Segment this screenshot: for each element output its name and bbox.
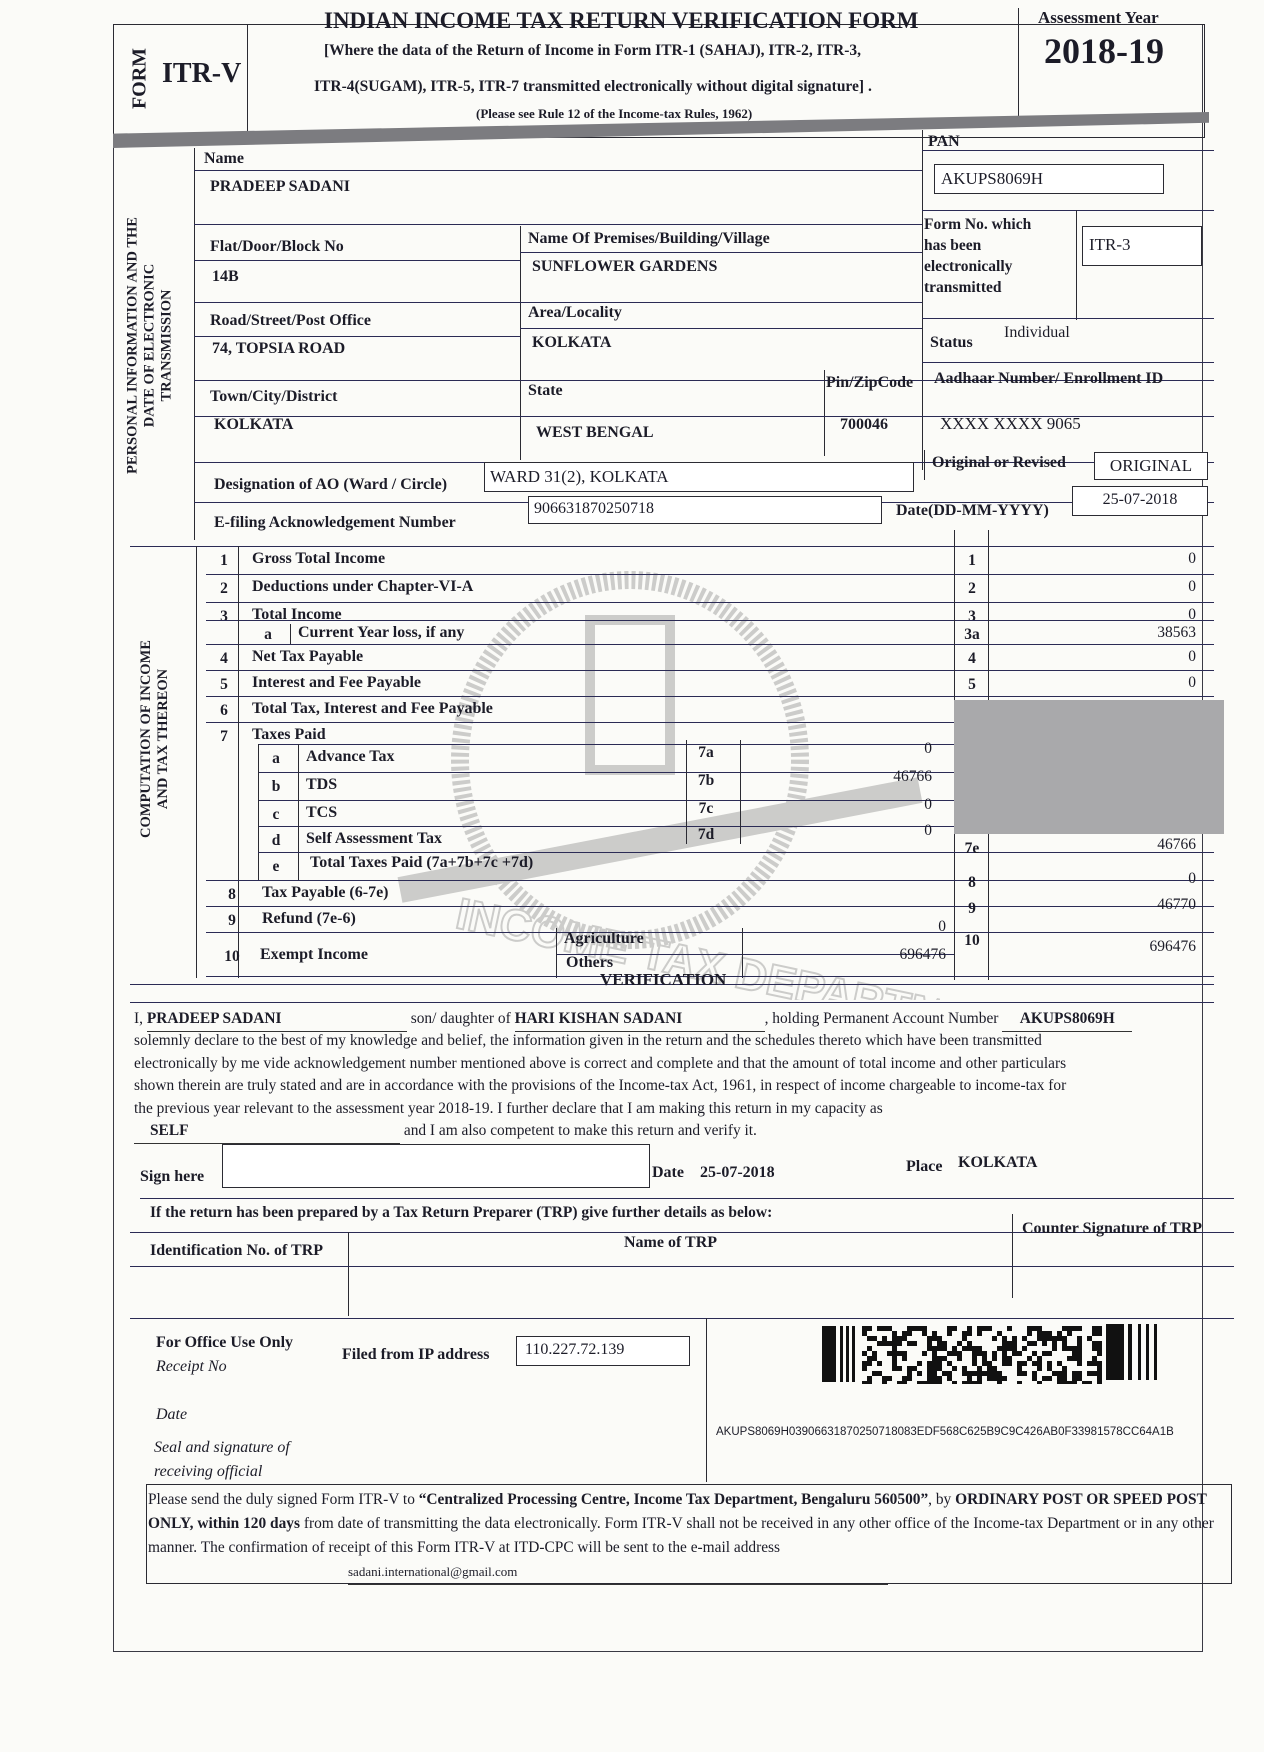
row-divider	[206, 546, 1214, 547]
row-code: 1	[954, 552, 990, 570]
row-label: Exempt Income	[260, 946, 368, 964]
form-title: INDIAN INCOME TAX RETURN VERIFICATION FO…	[324, 8, 918, 34]
ao-field: WARD 31(2), KOLKATA	[484, 462, 914, 492]
verification-text: I, PRADEEP SADANI son/ daughter of HARI …	[134, 1008, 1234, 1144]
area-label: Area/Locality	[528, 304, 622, 322]
row-value: 0	[820, 918, 946, 936]
row-number: 6	[212, 702, 236, 720]
row-number: 3	[212, 608, 236, 626]
row-divider	[206, 932, 1214, 933]
row-number: e	[264, 858, 288, 876]
row-label: Total Tax, Interest and Fee Payable	[252, 700, 493, 718]
computation-section-label: COMPUTATION OF INCOME AND TAX THEREON	[138, 559, 172, 919]
row-code: 3a	[954, 626, 990, 644]
form-no-label: Form No. which has been electronically t…	[924, 214, 1031, 298]
row-code: 7c	[686, 800, 726, 818]
ip-label: Filed from IP address	[342, 1346, 489, 1364]
orig-rev-label: Original or Revised	[932, 454, 1066, 472]
row-divider	[206, 574, 1214, 575]
date-field: 25-07-2018	[1072, 486, 1208, 516]
row-number: b	[264, 778, 288, 796]
date-label: Date(DD-MM-YYYY)	[896, 502, 1049, 520]
row-label: TDS	[306, 776, 337, 794]
state-label: State	[528, 382, 563, 400]
row-label: Agriculture	[564, 930, 644, 948]
verification-pan: AKUPS8069H	[1002, 1008, 1132, 1032]
row-value: 0	[1076, 606, 1196, 624]
personal-section-label: PERSONAL INFORMATION AND THE DATE OF ELE…	[125, 156, 176, 536]
row-value: 0	[1076, 550, 1196, 568]
row-label: Gross Total Income	[252, 550, 385, 568]
barcode-image	[822, 1322, 1168, 1384]
row-number: d	[264, 832, 288, 850]
row-divider	[206, 602, 1214, 603]
row-label: Tax Payable (6-7e)	[262, 884, 389, 902]
row-number: 8	[220, 886, 244, 904]
row-code: 8	[954, 874, 990, 892]
row-value: 696476	[820, 946, 946, 964]
column-divider	[686, 740, 687, 844]
email-value: sadani.international@gmail.com	[348, 1560, 888, 1585]
row-value: 38563	[1076, 624, 1196, 642]
place-value: KOLKATA	[958, 1154, 1037, 1172]
ao-label: Designation of AO (Ward / Circle)	[214, 476, 447, 494]
row-value: 0	[1076, 674, 1196, 692]
row-number: 10	[220, 948, 244, 966]
town-label: Town/City/District	[210, 388, 337, 406]
row-code: 7b	[686, 772, 726, 790]
submission-note: Please send the duly signed Form ITR-V t…	[148, 1488, 1228, 1585]
row-number: 1	[212, 552, 236, 570]
pin-label: Pin/ZipCode	[826, 374, 913, 392]
aadhaar-label: Aadhaar Number/ Enrollment ID	[934, 370, 1163, 388]
row-divider	[206, 644, 1214, 645]
row-divider	[258, 852, 1214, 853]
road-value: 74, TOPSIA ROAD	[212, 340, 345, 358]
row-label: Deductions under Chapter-VI-A	[252, 578, 473, 596]
row-code: 2	[954, 580, 990, 598]
ip-field: 110.227.72.139	[516, 1336, 690, 1366]
row-label: Total Income	[252, 606, 342, 624]
row-number: 5	[212, 676, 236, 694]
form-subtitle-2: ITR-4(SUGAM), ITR-5, ITR-7 transmitted e…	[314, 78, 872, 96]
pan-field: AKUPS8069H	[934, 164, 1164, 194]
receipt-label: Receipt No	[156, 1358, 227, 1376]
row-divider	[206, 670, 1214, 671]
row-label: Taxes Paid	[252, 726, 326, 744]
row-label: Current Year loss, if any	[298, 624, 464, 642]
row-code: 3	[954, 608, 990, 626]
status-label: Status	[930, 334, 973, 352]
row-divider	[206, 906, 1214, 907]
column-divider	[298, 744, 299, 880]
flat-label: Flat/Door/Block No	[210, 238, 344, 256]
row-value: 0	[812, 740, 932, 758]
row-value: 0	[812, 796, 932, 814]
row-code: 7d	[686, 826, 726, 844]
ack-field: 906631870250718	[528, 496, 882, 524]
road-label: Road/Street/Post Office	[210, 312, 371, 330]
column-divider	[740, 740, 741, 844]
row-value: 0	[812, 822, 932, 840]
row-label: Total Taxes Paid (7a+7b+7c +7d)	[310, 854, 533, 872]
row-value: 0	[1076, 648, 1196, 666]
ack-label: E-filing Acknowledgement Number	[214, 514, 456, 532]
row-number: 9	[220, 912, 244, 930]
column-divider	[742, 928, 743, 978]
verification-title: VERIFICATION	[600, 970, 726, 990]
row-label: TCS	[306, 804, 337, 822]
name-value: PRADEEP SADANI	[210, 178, 350, 196]
place-label: Place	[906, 1158, 942, 1176]
row-number: 2	[212, 580, 236, 598]
row-label: Advance Tax	[306, 748, 394, 766]
state-value: WEST BENGAL	[536, 424, 654, 442]
form-label: FORM	[132, 44, 149, 114]
row-code: 9	[954, 900, 990, 918]
capacity-value: SELF	[134, 1120, 400, 1144]
row-number: c	[264, 806, 288, 824]
row-label: Refund (7e-6)	[262, 910, 356, 928]
column-divider	[290, 624, 291, 644]
row-value: 696476	[1076, 938, 1196, 956]
assessment-year-label: Assessment Year	[1038, 8, 1159, 28]
trp-intro: If the return has been prepared by a Tax…	[150, 1204, 772, 1222]
row-label: Interest and Fee Payable	[252, 674, 421, 692]
row-code: 4	[954, 650, 990, 668]
trp-id-label: Identification No. of TRP	[150, 1242, 323, 1260]
name-label: Name	[204, 150, 244, 168]
form-subtitle-1: [Where the data of the Return of Income …	[324, 42, 861, 60]
flat-value: 14B	[212, 268, 239, 286]
office-date-label: Date	[156, 1406, 187, 1424]
status-value: Individual	[1004, 324, 1070, 342]
barcode-text: AKUPS8069H03906631870250718083EDF568C625…	[716, 1426, 1174, 1438]
column-divider	[556, 928, 557, 978]
sign-label: Sign here	[140, 1168, 204, 1186]
trp-counter-label: Counter Signature of TRP	[1022, 1220, 1202, 1238]
pan-label: PAN	[928, 133, 960, 151]
verification-date: 25-07-2018	[700, 1164, 775, 1182]
office-title: For Office Use Only	[156, 1334, 293, 1352]
row-value: 46766	[812, 768, 932, 786]
row-number: 4	[212, 650, 236, 668]
pin-value: 700046	[840, 416, 888, 434]
row-code: 10	[954, 932, 990, 950]
row-label: Self Assessment Tax	[306, 830, 442, 848]
row-value: 46766	[1076, 836, 1196, 854]
seal-label: Seal and signature of receiving official	[154, 1436, 290, 1484]
row-code: 7a	[686, 744, 726, 762]
row-number: a	[264, 750, 288, 768]
rule-note: (Please see Rule 12 of the Income-tax Ru…	[476, 106, 752, 122]
row-value: 0	[1076, 578, 1196, 596]
row-code: 7e	[954, 840, 990, 858]
row-divider	[206, 696, 1214, 697]
orig-rev-field: ORIGINAL	[1094, 452, 1208, 480]
row-code: 5	[954, 676, 990, 694]
assessment-year: 2018-19	[1044, 30, 1164, 72]
row-divider	[206, 620, 1214, 621]
row-label: Net Tax Payable	[252, 648, 363, 666]
row-value: 0	[1076, 870, 1196, 888]
form-no-field: ITR-3	[1082, 226, 1202, 266]
town-value: KOLKATA	[214, 416, 293, 434]
aadhaar-value: XXXX XXXX 9065	[940, 414, 1081, 434]
trp-name-label: Name of TRP	[624, 1234, 717, 1252]
row-divider	[206, 880, 1214, 881]
premises-value: SUNFLOWER GARDENS	[532, 258, 717, 276]
row-number: a	[256, 626, 280, 644]
shaded-block	[954, 700, 1224, 834]
form-name: ITR-V	[162, 58, 241, 90]
verification-date-label: Date	[652, 1164, 684, 1182]
signature-box[interactable]	[222, 1144, 650, 1188]
column-divider	[258, 744, 259, 880]
father-name: HARI KISHAN SADANI	[515, 1008, 765, 1032]
area-value: KOLKATA	[532, 334, 611, 352]
declarant-name: PRADEEP SADANI	[147, 1008, 407, 1032]
row-number: 7	[212, 728, 236, 746]
premises-label: Name Of Premises/Building/Village	[528, 230, 770, 248]
row-value: 46770	[1076, 896, 1196, 914]
